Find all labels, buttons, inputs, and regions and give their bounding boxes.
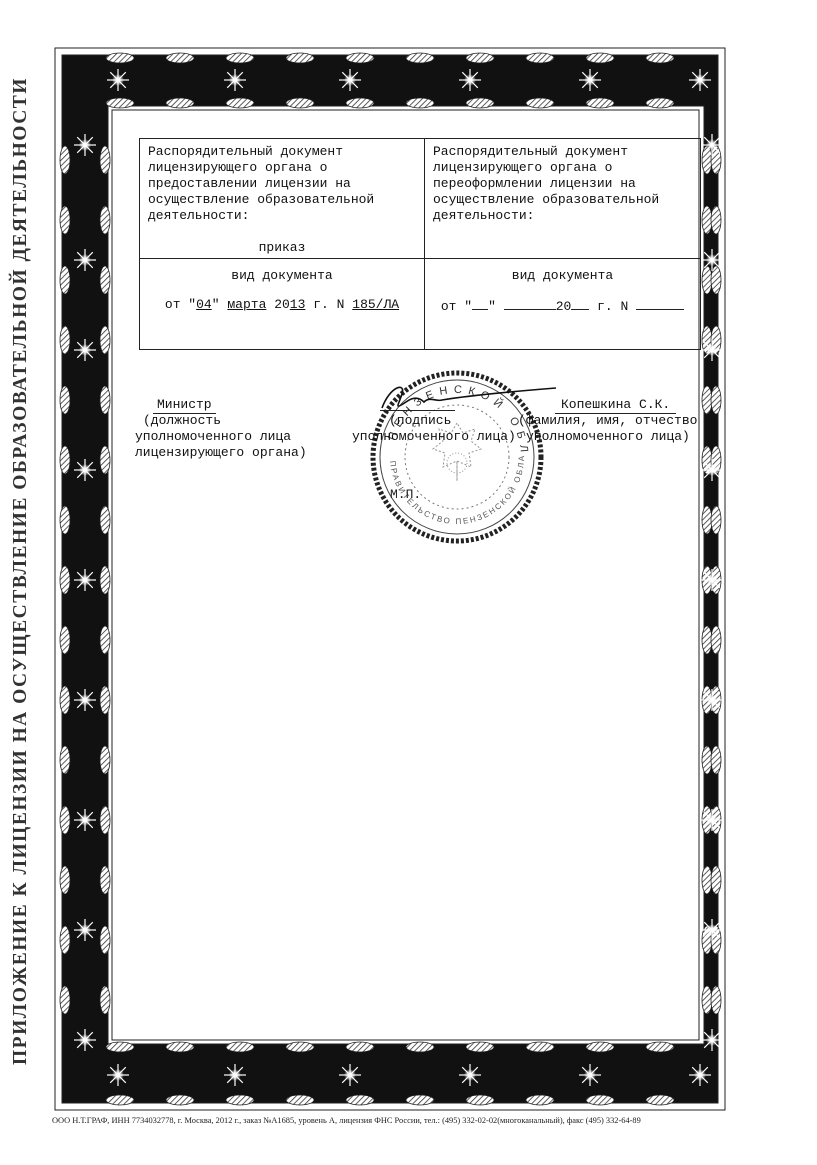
year-prefix: 20 bbox=[556, 299, 572, 314]
year-label: г. bbox=[313, 297, 329, 312]
caption-line: (должность bbox=[135, 413, 307, 429]
caption-line: (подпись bbox=[352, 413, 516, 429]
grant-order-number: 185/ЛА bbox=[352, 297, 399, 312]
svg-text:М.П.: М.П. bbox=[390, 487, 421, 502]
reissue-day-blank bbox=[472, 297, 488, 310]
date-prefix: от " bbox=[165, 297, 196, 312]
order-documents-table: Распорядительный документ лицензирующего… bbox=[139, 138, 701, 350]
grant-doc-type-label: вид документа bbox=[140, 268, 424, 284]
reissue-heading-line: осуществление образовательной bbox=[433, 192, 692, 208]
official-position-caption: (должность уполномоченного лица лицензир… bbox=[135, 413, 307, 461]
grant-order-day: 04 bbox=[196, 297, 212, 312]
caption-line: (фамилия, имя, отчество bbox=[518, 413, 697, 429]
grant-order-year-suffix: 13 bbox=[290, 297, 306, 312]
quote-close: " bbox=[488, 299, 496, 314]
grant-heading-line: осуществление образовательной bbox=[148, 192, 416, 208]
number-label: N bbox=[621, 299, 629, 314]
reissue-month-blank bbox=[504, 297, 556, 310]
quote-close: " bbox=[212, 297, 220, 312]
reissue-heading-line: переоформлении лицензии на bbox=[433, 176, 692, 192]
official-position-value: Министр bbox=[153, 397, 216, 414]
grant-heading-line: деятельности: bbox=[148, 208, 416, 224]
reissue-heading-line: лицензирующего органа о bbox=[433, 160, 692, 176]
grant-heading-line: Распорядительный документ bbox=[148, 144, 416, 160]
reissue-number-blank bbox=[636, 297, 684, 310]
grant-order-heading-cell: Распорядительный документ лицензирующего… bbox=[140, 139, 425, 259]
signature-line bbox=[380, 410, 455, 411]
caption-line: лицензирующего органа) bbox=[135, 445, 307, 461]
grant-heading-line: предоставлении лицензии на bbox=[148, 176, 416, 192]
caption-line: уполномоченного лица bbox=[135, 429, 307, 445]
reissue-order-date-line: от "" 20 г. N bbox=[425, 297, 700, 315]
reissue-heading-line: деятельности: bbox=[433, 208, 692, 224]
grant-doc-type-value: приказ bbox=[140, 240, 424, 256]
grant-order-date-line: от "04" марта 2013 г. N 185/ЛА bbox=[140, 297, 424, 313]
year-prefix: 20 bbox=[274, 297, 290, 312]
caption-line: уполномоченного лица) bbox=[352, 429, 516, 445]
reissue-heading-line: Распорядительный документ bbox=[433, 144, 692, 160]
reissue-year-blank bbox=[571, 297, 589, 310]
reissue-order-details-cell: вид документа от "" 20 г. N bbox=[425, 259, 700, 349]
caption-line: уполномоченного лица) bbox=[518, 429, 697, 445]
grant-heading-line: лицензирующего органа о bbox=[148, 160, 416, 176]
official-name-caption: (фамилия, имя, отчество уполномоченного … bbox=[518, 413, 697, 445]
printer-footer: ООО Н.Т.ГРАФ, ИНН 7734032778, г. Москва,… bbox=[52, 1116, 641, 1125]
number-label: N bbox=[337, 297, 345, 312]
reissue-order-heading-cell: Распорядительный документ лицензирующего… bbox=[425, 139, 700, 259]
date-prefix: от " bbox=[441, 299, 472, 314]
year-label: г. bbox=[597, 299, 613, 314]
reissue-doc-type-label: вид документа bbox=[425, 268, 700, 284]
signature-caption: (подпись уполномоченного лица) bbox=[352, 413, 516, 445]
grant-order-month: марта bbox=[227, 297, 266, 312]
grant-order-details-cell: вид документа от "04" марта 2013 г. N 18… bbox=[140, 259, 425, 349]
official-name-value: Копешкина С.К. bbox=[555, 397, 676, 414]
